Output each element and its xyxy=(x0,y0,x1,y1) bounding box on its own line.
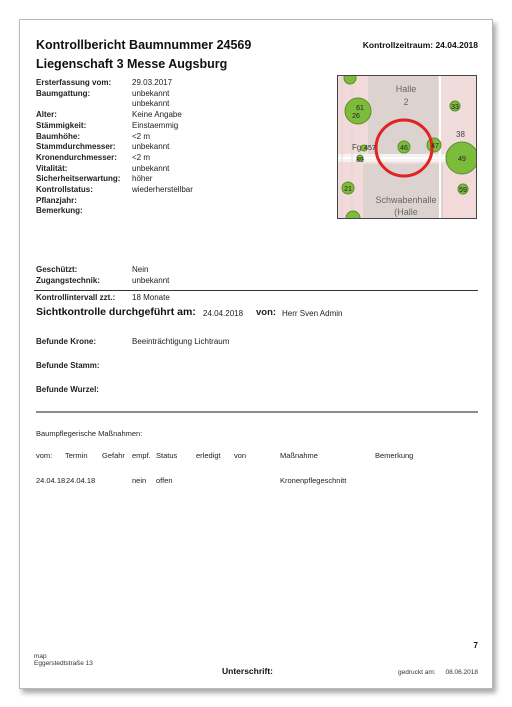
field-label: Stämmigkeit: xyxy=(36,121,86,130)
column-header: Termin xyxy=(65,451,88,460)
svg-text:26: 26 xyxy=(352,113,360,120)
field-label: Ersterfassung vom: xyxy=(36,78,111,87)
field-label: Geschützt: xyxy=(36,265,77,274)
divider xyxy=(36,411,478,413)
finding-label: Befunde Wurzel: xyxy=(36,385,99,394)
measure-cell: Kronenpflegeschnitt xyxy=(280,476,346,485)
field-value: wiederherstellbar xyxy=(132,185,193,194)
signature-label: Unterschrift: xyxy=(222,666,273,676)
svg-text:2: 2 xyxy=(403,97,408,107)
finding-label: Befunde Krone: xyxy=(36,337,96,346)
location-map: Halle 2 Schwabenhalle (Halle Fg 38 61 26… xyxy=(337,75,477,219)
svg-text:457: 457 xyxy=(364,145,376,152)
field-label: Bemerkung: xyxy=(36,206,83,215)
column-header: empf. xyxy=(132,451,151,460)
column-header: Status xyxy=(156,451,177,460)
inspection-title: Sichtkontrolle durchgeführt am: xyxy=(36,306,196,318)
measure-cell: 24.04.18 xyxy=(66,476,95,485)
field-value: <2 m xyxy=(132,153,150,162)
field-value: unbekannt xyxy=(132,89,169,98)
field-value: unbekannt xyxy=(132,276,169,285)
svg-text:59: 59 xyxy=(459,187,467,194)
column-header: Bemerkung xyxy=(375,451,413,460)
inspection-date: 24.04.2018 xyxy=(203,309,243,318)
company-name: map xyxy=(34,653,47,660)
svg-text:38: 38 xyxy=(456,130,465,139)
svg-text:47: 47 xyxy=(431,143,439,150)
svg-text:(Halle: (Halle xyxy=(394,207,418,217)
measure-cell: 24.04.18 xyxy=(36,476,65,485)
svg-text:Schwabenhalle: Schwabenhalle xyxy=(375,195,436,205)
field-label: Baumgattung: xyxy=(36,89,90,98)
field-value: höher xyxy=(132,174,152,183)
page-number: 7 xyxy=(474,641,478,650)
field-label: Baumhöhe: xyxy=(36,132,80,141)
field-label: Kontrollstatus: xyxy=(36,185,93,194)
field-value: unbekannt xyxy=(132,99,169,108)
field-label: Vitalität: xyxy=(36,164,67,173)
company-address: Eggerstedtstraße 13 xyxy=(34,660,93,667)
field-label: Stammdurchmesser: xyxy=(36,142,116,151)
measure-cell: offen xyxy=(156,476,173,485)
svg-text:46: 46 xyxy=(400,145,408,152)
svg-text:61: 61 xyxy=(356,105,364,112)
svg-text:49: 49 xyxy=(458,156,466,163)
field-label: Kronendurchmesser: xyxy=(36,153,117,162)
field-value: Keine Angabe xyxy=(132,110,182,119)
field-label: Zugangstechnik: xyxy=(36,276,100,285)
field-label: Alter: xyxy=(36,110,57,119)
svg-text:Fg: Fg xyxy=(352,143,361,152)
inspection-by-label: von: xyxy=(256,307,276,318)
field-value: Einstaemmig xyxy=(132,121,178,130)
column-header: Gefahr xyxy=(102,451,125,460)
printed-date: 08.06.2018 xyxy=(445,669,478,676)
field-value: unbekannt xyxy=(132,164,169,173)
column-header: erledigt xyxy=(196,451,221,460)
report-page: Kontrollbericht Baumnummer 24569 Liegens… xyxy=(19,19,493,689)
column-header: von xyxy=(234,451,246,460)
svg-text:33: 33 xyxy=(451,104,459,111)
map-graphic: Halle 2 Schwabenhalle (Halle Fg 38 61 26… xyxy=(338,76,476,218)
column-header: vom: xyxy=(36,451,52,460)
property-subtitle: Liegenschaft 3 Messe Augsburg xyxy=(36,57,227,71)
printed-label: gedruckt am: xyxy=(398,669,436,676)
measures-title: Baumpflegerische Maßnahmen: xyxy=(36,429,142,438)
interval-label: Kontrollintervall zzt.: xyxy=(36,293,115,302)
field-value: 29.03.2017 xyxy=(132,78,172,87)
control-period: Kontrollzeitraum: 24.04.2018 xyxy=(363,40,478,50)
interval-value: 18 Monate xyxy=(132,293,170,302)
svg-text:21: 21 xyxy=(344,186,352,193)
field-value: <2 m xyxy=(132,132,150,141)
field-value: unbekannt xyxy=(132,142,169,151)
svg-text:Halle: Halle xyxy=(396,84,417,94)
svg-text:89: 89 xyxy=(356,157,364,164)
field-label: Pflanzjahr: xyxy=(36,196,77,205)
divider xyxy=(34,290,478,291)
finding-value: Beeinträchtigung Lichtraum xyxy=(132,337,229,346)
report-title: Kontrollbericht Baumnummer 24569 xyxy=(36,38,251,52)
measure-cell: nein xyxy=(132,476,146,485)
field-value: Nein xyxy=(132,265,148,274)
column-header: Maßnahme xyxy=(280,451,318,460)
inspector-name: Herr Sven Admin xyxy=(282,309,342,318)
finding-label: Befunde Stamm: xyxy=(36,361,100,370)
field-label: Sicherheitserwartung: xyxy=(36,174,120,183)
